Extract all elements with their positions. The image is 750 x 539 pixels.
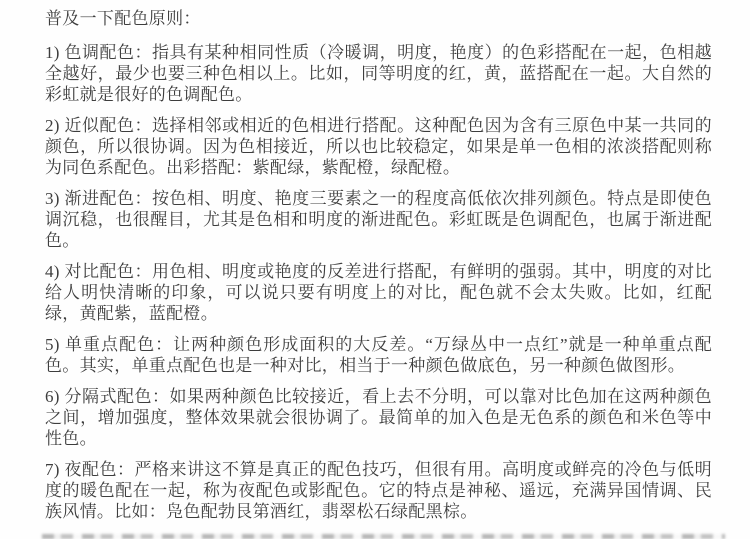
paragraph-contrast-matching: 4) 对比配色：用色相、明度或艳度的反差进行搭配，有鲜明的强弱。其中，明度的对比… [45,261,712,324]
paragraph-tone-matching: 1) 色调配色：指具有某种相同性质（冷暖调，明度，艳度）的色彩搭配在一起，色相越… [45,42,712,105]
paragraph-analogous-matching: 2) 近似配色：选择相邻或相近的色相进行搭配。这种配色因为含有三原色中某一共同的… [45,115,712,178]
article-body: 普及一下配色原则： 1) 色调配色：指具有某种相同性质（冷暖调，明度，艳度）的色… [45,8,712,522]
page-title: 普及一下配色原则： [45,8,712,29]
paragraph-separated-matching: 6) 分隔式配色：如果两种颜色比较接近，看上去不分明，可以靠对比色加在这两种颜色… [45,386,712,449]
cutoff-text-strip [42,534,725,539]
document-page: 普及一下配色原则： 1) 色调配色：指具有某种相同性质（冷暖调，明度，艳度）的色… [0,0,750,539]
paragraph-single-accent-matching: 5) 单重点配色：让两种颜色形成面积的大反差。“万绿丛中一点红”就是一种单重点配… [45,334,712,376]
paragraph-gradient-matching: 3) 渐进配色：按色相、明度、艳度三要素之一的程度高低依次排列颜色。特点是即使色… [45,188,712,251]
paragraph-night-matching: 7) 夜配色：严格来讲这不算是真正的配色技巧，但很有用。高明度或鲜亮的冷色与低明… [45,459,712,522]
